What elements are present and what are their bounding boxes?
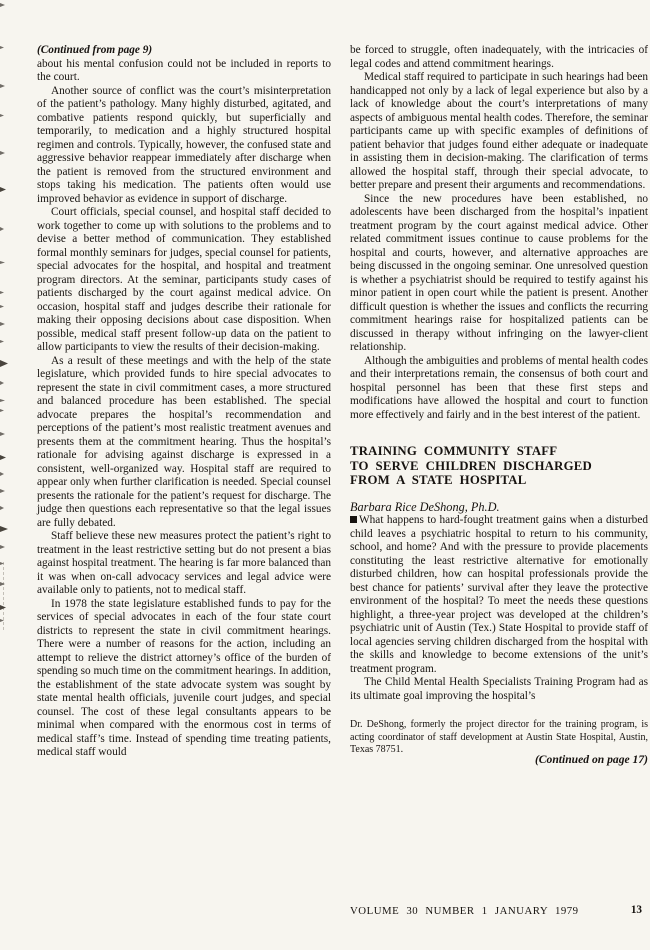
- scan-mark-icon: [0, 46, 4, 49]
- paragraph: The Child Mental Health Specialists Trai…: [350, 676, 648, 703]
- scan-mark-icon: [0, 261, 5, 264]
- right-column-paragraphs: be forced to struggle, often inadequatel…: [350, 44, 648, 422]
- scan-mark-icon: [0, 322, 5, 326]
- continued-on-notice: (Continued on page 17): [535, 754, 648, 766]
- paragraph: Although the ambiguities and problems of…: [350, 355, 648, 423]
- scan-mark-icon: [0, 360, 8, 367]
- paragraph: be forced to struggle, often inadequatel…: [350, 44, 648, 71]
- scan-mark-icon: [0, 114, 4, 117]
- article-byline: Barbara Rice DeShong, Ph.D.: [350, 501, 648, 515]
- scan-mark-icon: [0, 545, 5, 549]
- journal-page: (Continued from page 9) about his mental…: [0, 0, 650, 950]
- article-title-line: FROM A STATE HOSPITAL: [350, 473, 648, 488]
- scan-mark-icon: [0, 472, 4, 476]
- article-title: TRAINING COMMUNITY STAFFTO SERVE CHILDRE…: [350, 444, 648, 488]
- scan-mark-icon: [0, 409, 4, 412]
- scan-mark-icon: [0, 489, 5, 493]
- scan-mark-icon: [0, 291, 4, 294]
- paragraph: Another source of conflict was the court…: [37, 85, 331, 207]
- right-column: be forced to struggle, often inadequatel…: [350, 44, 648, 756]
- scan-mark-icon: [0, 3, 5, 7]
- paragraph: In 1978 the state legislature establishe…: [37, 598, 331, 760]
- left-column: (Continued from page 9) about his mental…: [37, 44, 331, 760]
- square-bullet-icon: [350, 516, 357, 523]
- paragraph: As a result of these meetings and with t…: [37, 355, 331, 531]
- scan-mark-icon: [0, 432, 5, 436]
- article-lead-text: What happens to hard-fought treatment ga…: [350, 514, 648, 675]
- scan-mark-icon: [0, 526, 8, 532]
- scan-mark-icon: [0, 305, 4, 308]
- paragraph: about his mental confusion could not be …: [37, 58, 331, 85]
- left-column-paragraphs: about his mental confusion could not be …: [37, 58, 331, 760]
- scan-mark-icon: [0, 399, 5, 402]
- scan-mark-icon: [0, 151, 5, 155]
- paragraph: Since the new procedures have been estab…: [350, 193, 648, 355]
- article-title-line: TO SERVE CHILDREN DISCHARGED: [350, 459, 648, 474]
- scan-edge-line: [3, 562, 4, 630]
- scan-mark-icon: [0, 227, 4, 231]
- paragraph: Staff believe these new measures protect…: [37, 530, 331, 598]
- footer-volume-line: VOLUME 30 NUMBER 1 JANUARY 1979: [350, 905, 579, 917]
- paragraph: Medical staff required to participate in…: [350, 71, 648, 193]
- scan-mark-icon: [0, 506, 4, 510]
- author-footnote: Dr. DeShong, formerly the project direct…: [350, 719, 648, 756]
- scan-mark-icon: [0, 340, 4, 343]
- author-footnote-text: Dr. DeShong, formerly the project direct…: [350, 719, 648, 755]
- continued-from-notice: (Continued from page 9): [37, 44, 331, 58]
- footer-page-number: 13: [631, 904, 642, 916]
- article-title-line: TRAINING COMMUNITY STAFF: [350, 444, 648, 459]
- article-lead-paragraph: What happens to hard-fought treatment ga…: [350, 514, 648, 676]
- scan-mark-icon: [0, 455, 6, 460]
- scan-mark-icon: [0, 381, 4, 385]
- scan-mark-icon: [0, 84, 5, 88]
- paragraph: Court officials, special counsel, and ho…: [37, 206, 331, 355]
- scan-mark-icon: [0, 187, 6, 192]
- article-paragraphs: The Child Mental Health Specialists Trai…: [350, 676, 648, 703]
